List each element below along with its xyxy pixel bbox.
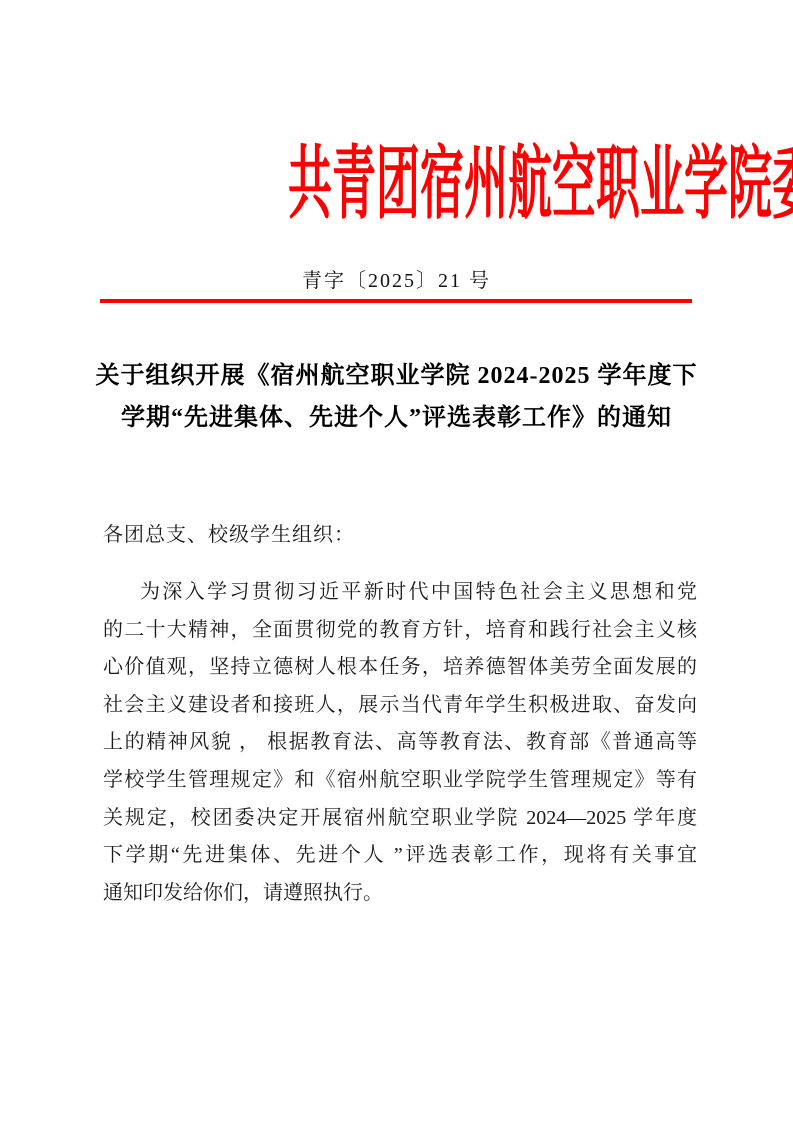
- header-banner: 共青团宿州航空职业学院委员会文件: [0, 136, 793, 232]
- body-line: 下学期“先进集体、先进个人 ”评选表彰工作，现将有关事宜: [103, 837, 697, 875]
- salutation: 各团总支、校级学生组织：: [103, 522, 697, 549]
- body-line: 关规定，校团委决定开展宿州航空职业学院 2024—2025 学年度: [103, 800, 697, 838]
- doc-title-line: 学期“先进集体、先进个人”评选表彰工作》的通知: [40, 397, 753, 439]
- doc-title-line: 关于组织开展《宿州航空职业学院 2024-2025 学年度下: [40, 355, 753, 397]
- body-line: 社会主义建设者和接班人，展示当代青年学生积极进取、奋发向: [103, 687, 697, 725]
- org-title: 共青团宿州航空职业学院委员会文件: [288, 136, 793, 232]
- body-paragraph: 为深入学习贯彻习近平新时代中国特色社会主义思想和党的二十大精神，全面贯彻党的教育…: [103, 574, 697, 912]
- doc-number: 青字〔2025〕21 号: [0, 267, 793, 295]
- body-line: 的二十大精神，全面贯彻党的教育方针，培育和践行社会主义核: [103, 612, 697, 650]
- official-document-page: 共青团宿州航空职业学院委员会文件 青字〔2025〕21 号 关于组织开展《宿州航…: [0, 0, 793, 1122]
- body-line: 上的精神风貌 ， 根据教育法、高等教育法、教育部《普通高等: [103, 724, 697, 762]
- body-line: 通知印发给你们，请遵照执行。: [103, 875, 697, 913]
- body-line: 学校学生管理规定》和《宿州航空职业学院学生管理规定》等有: [103, 762, 697, 800]
- red-divider-line: [100, 299, 692, 303]
- doc-title: 关于组织开展《宿州航空职业学院 2024-2025 学年度下学期“先进集体、先进…: [40, 355, 753, 439]
- body-line: 心价值观，坚持立德树人根本任务，培养德智体美劳全面发展的: [103, 649, 697, 687]
- body-line: 为深入学习贯彻习近平新时代中国特色社会主义思想和党: [103, 574, 697, 612]
